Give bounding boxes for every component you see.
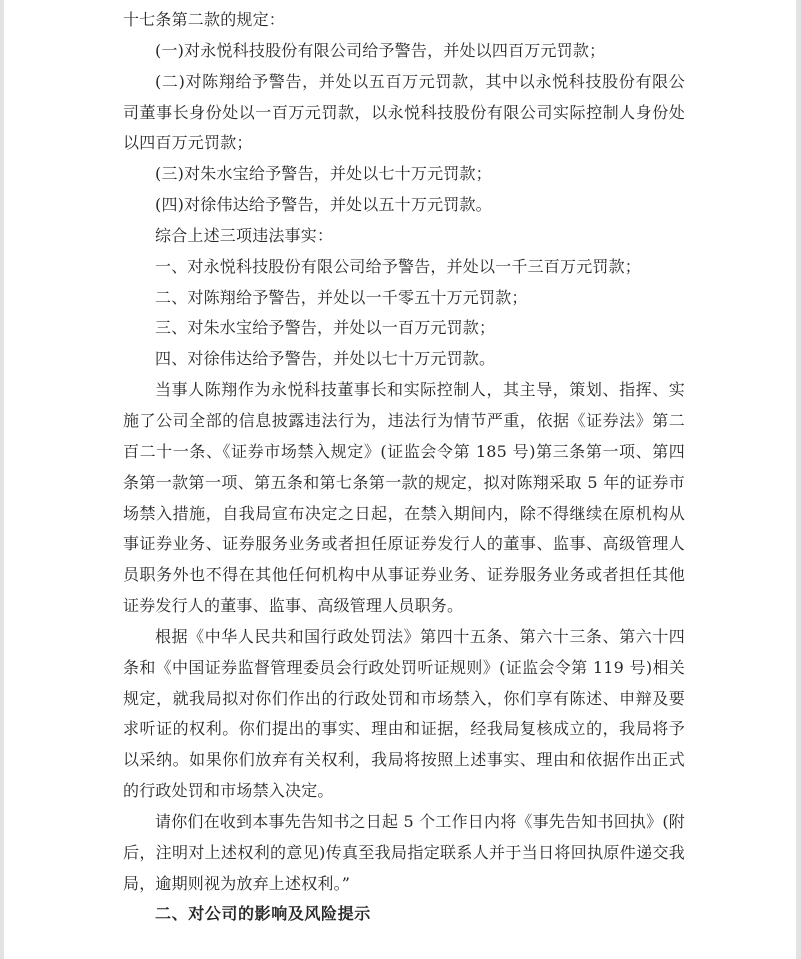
document-body-text: 十七条第二款的规定：(一)对永悦科技股份有限公司给予警告，并处以四百万元罚款；(… <box>123 5 685 930</box>
page-edge-left <box>0 0 4 959</box>
paragraph: (一)对永悦科技股份有限公司给予警告，并处以四百万元罚款； <box>123 36 685 67</box>
paragraph: 根据《中华人民共和国行政处罚法》第四十五条、第六十三条、第六十四条和《中国证券监… <box>123 622 685 807</box>
paragraph: 十七条第二款的规定： <box>123 5 685 36</box>
paragraph: 请你们在收到本事先告知书之日起 5 个工作日内将《事先告知书回执》(附后，注明对… <box>123 807 685 900</box>
page-edge-right <box>796 0 801 959</box>
document-page: 十七条第二款的规定：(一)对永悦科技股份有限公司给予警告，并处以四百万元罚款；(… <box>0 0 801 959</box>
paragraph: 二、对陈翔给予警告，并处以一千零五十万元罚款； <box>123 283 685 314</box>
paragraph: 当事人陈翔作为永悦科技董事长和实际控制人，其主导，策划、指挥、实施了公司全部的信… <box>123 375 685 622</box>
paragraph: 一、对永悦科技股份有限公司给予警告，并处以一千三百万元罚款； <box>123 252 685 283</box>
paragraph: 三、对朱水宝给予警告，并处以一百万元罚款； <box>123 313 685 344</box>
paragraph: (二)对陈翔给予警告，并处以五百万元罚款，其中以永悦科技股份有限公司董事长身份处… <box>123 67 685 160</box>
section-heading: 二、对公司的影响及风险提示 <box>123 899 685 930</box>
paragraph: (四)对徐伟达给予警告，并处以五十万元罚款。 <box>123 190 685 221</box>
paragraph: 四、对徐伟达给予警告，并处以七十万元罚款。 <box>123 344 685 375</box>
paragraph: 综合上述三项违法事实： <box>123 221 685 252</box>
paragraph: (三)对朱水宝给予警告，并处以七十万元罚款； <box>123 159 685 190</box>
